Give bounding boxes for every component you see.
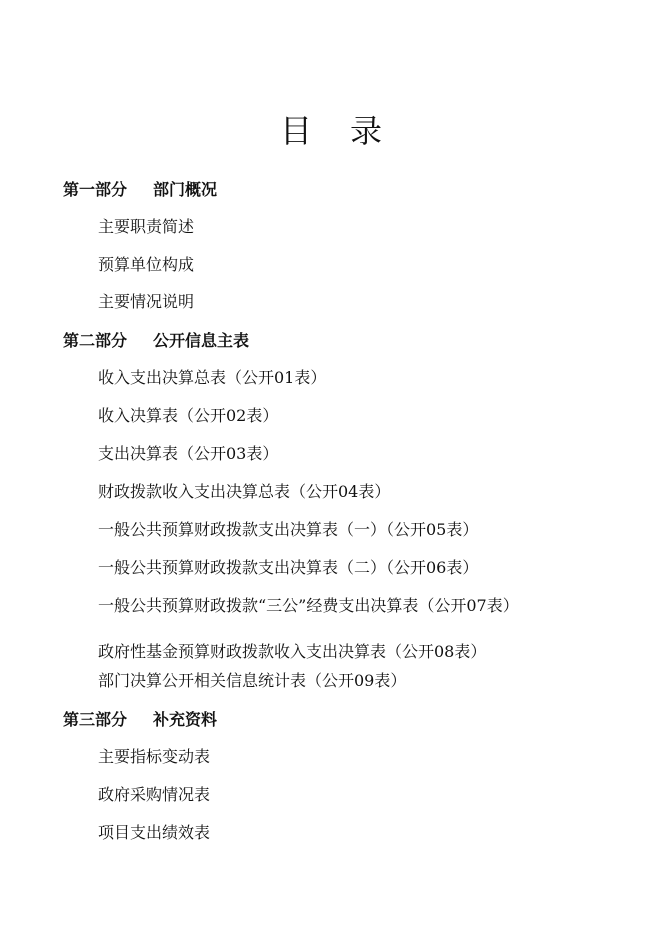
toc-item[interactable]: 政府性基金预算财政拨款收入支出决算表（公开08表） <box>98 639 486 662</box>
toc-item[interactable]: 预算单位构成 <box>98 252 194 275</box>
toc-item[interactable]: 一般公共预算财政拨款支出决算表（二）（公开06表） <box>98 555 478 578</box>
part-1-heading[interactable]: 第一部分部门概况 <box>63 177 217 200</box>
toc-item[interactable]: 一般公共预算财政拨款“三公”经费支出决算表（公开07表） <box>98 593 519 616</box>
title-char-left: 目 <box>280 106 312 152</box>
toc-item[interactable]: 政府采购情况表 <box>98 782 210 805</box>
part-label: 第三部分 <box>63 710 127 729</box>
page-title: 目录 <box>0 106 662 152</box>
toc-item[interactable]: 收入决算表（公开02表） <box>98 403 278 426</box>
part-name: 部门概况 <box>153 180 217 199</box>
toc-item[interactable]: 支出决算表（公开03表） <box>98 441 278 464</box>
toc-item[interactable]: 主要指标变动表 <box>98 744 210 767</box>
part-2-heading[interactable]: 第二部分公开信息主表 <box>63 328 249 351</box>
part-label: 第二部分 <box>63 331 127 350</box>
toc-item[interactable]: 项目支出绩效表 <box>98 820 210 843</box>
toc-item[interactable]: 主要情况说明 <box>98 289 194 312</box>
toc-item[interactable]: 财政拨款收入支出决算总表（公开04表） <box>98 479 390 502</box>
title-char-right: 录 <box>350 106 382 152</box>
part-3-heading[interactable]: 第三部分补充资料 <box>63 707 217 730</box>
part-name: 公开信息主表 <box>153 331 249 350</box>
part-label: 第一部分 <box>63 180 127 199</box>
toc-item[interactable]: 主要职责简述 <box>98 214 194 237</box>
toc-item[interactable]: 收入支出决算总表（公开01表） <box>98 365 326 388</box>
part-name: 补充资料 <box>153 710 217 729</box>
toc-item[interactable]: 一般公共预算财政拨款支出决算表（一）（公开05表） <box>98 517 478 540</box>
toc-item[interactable]: 部门决算公开相关信息统计表（公开09表） <box>98 668 406 691</box>
